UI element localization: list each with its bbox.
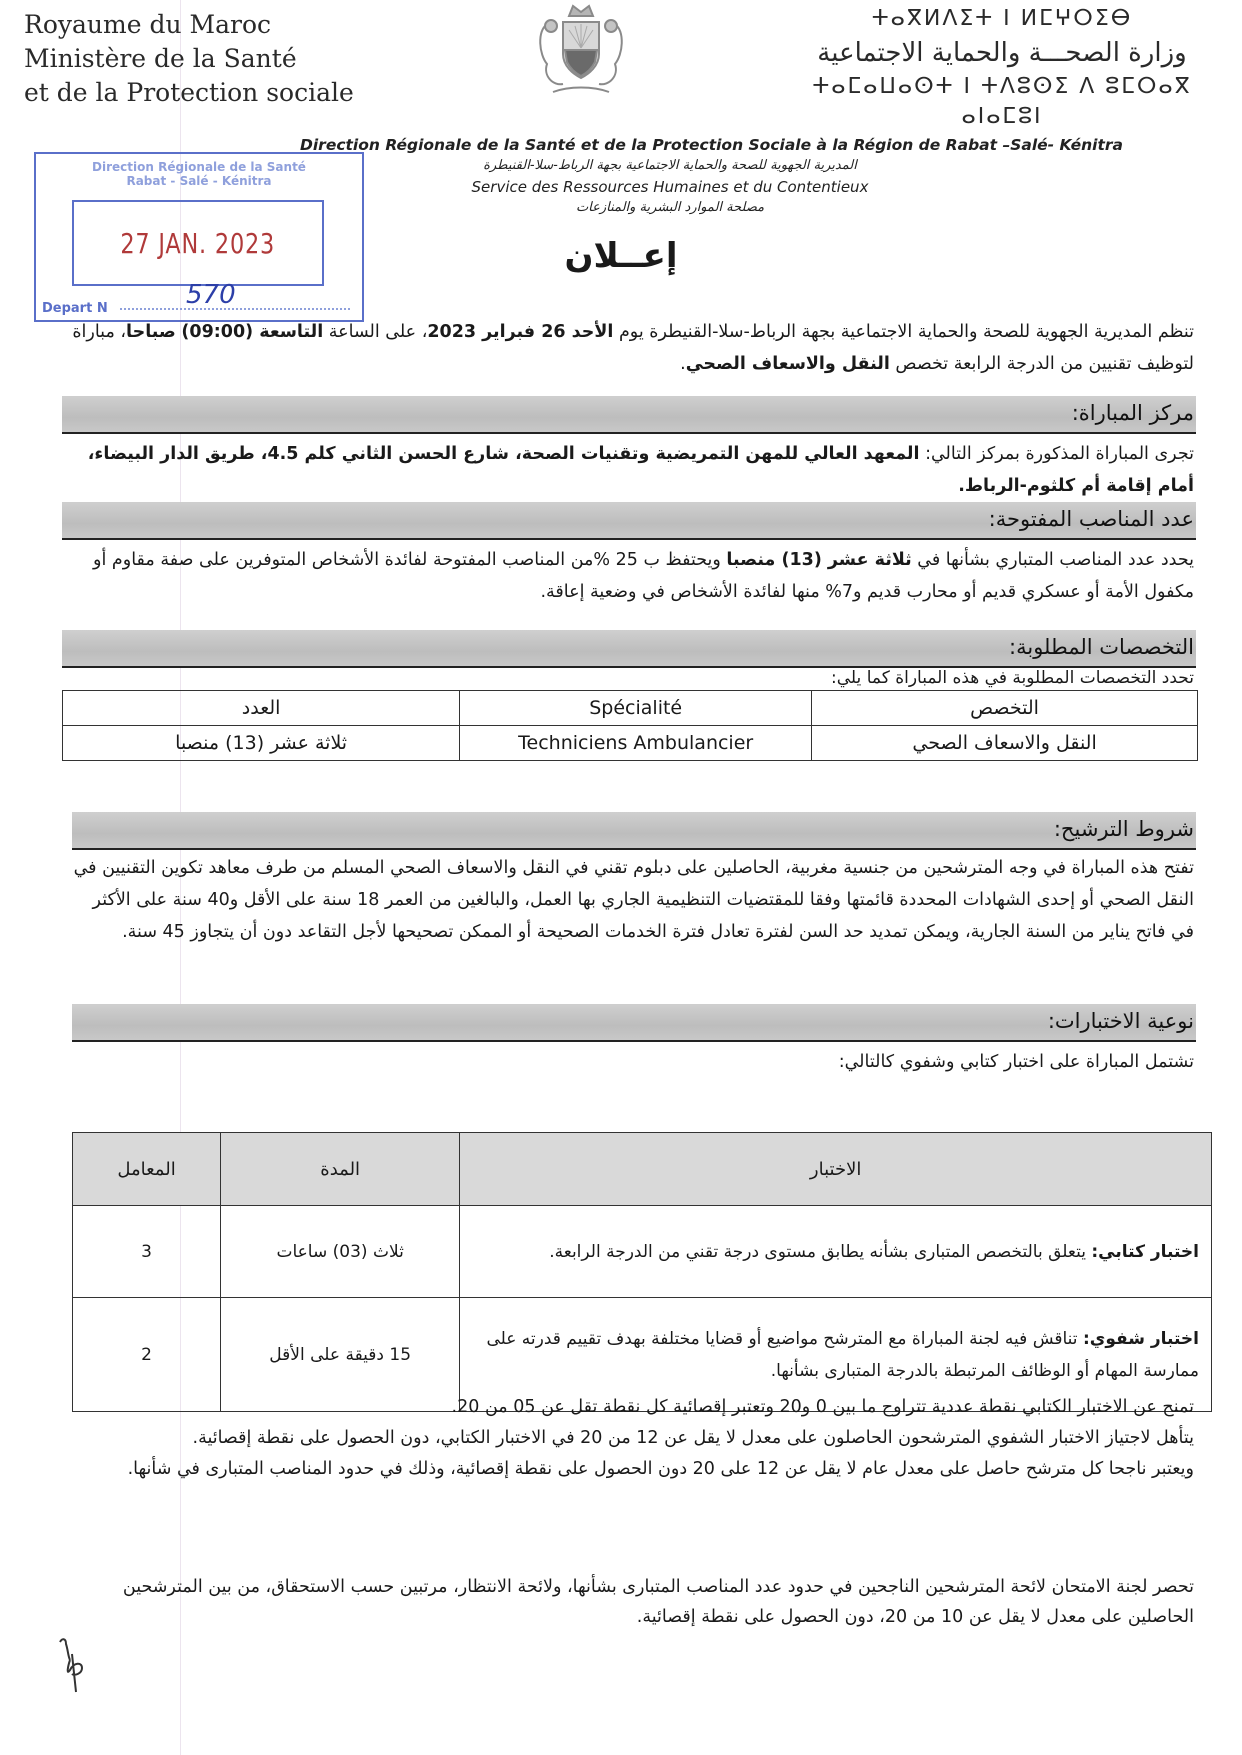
section-heading-posts: عدد المناصب المفتوحة: (62, 502, 1196, 540)
tests-table: الاختبار المدة المعامل اختبار كتابي: يتع… (72, 1132, 1212, 1412)
table-header-cell: المعامل (73, 1133, 221, 1206)
conditions-paragraph: تفتح هذه المباراة في وجه المترشحين من جن… (68, 852, 1194, 948)
rule-paragraph: يتأهل لاجتياز الاختبار الشفوي المترشحون … (72, 1423, 1194, 1454)
heading-text: شروط الترشيح: (1054, 813, 1194, 845)
final-paragraph: تحصر لجنة الامتحان لائحة المترشحين الناج… (72, 1572, 1194, 1632)
table-header-row: الاختبار المدة المعامل (73, 1133, 1212, 1206)
table-cell: النقل والاسعاف الصحي (812, 726, 1198, 761)
specialties-table: التخصص Spécialité العدد النقل والاسعاف ا… (62, 690, 1198, 761)
test-label: اختبار شفوي: (1083, 1329, 1199, 1349)
intro-morning: صباحا (126, 322, 176, 342)
table-cell-duration: ثلاث (03) ساعات (221, 1206, 460, 1298)
header-french-line: et de la Protection sociale (24, 76, 354, 110)
rule-paragraph: تمنح عن الاختبار الكتابي نقطة عددية تترا… (72, 1392, 1194, 1423)
center-text: تجرى المباراة المذكورة بمركز التالي: (920, 444, 1194, 464)
header-tifinagh-line2: ⵜⴰⵎⴰⵡⴰⵙⵜ ⵏ ⵜⴷⵓⵙⵉ ⴷ ⵓⵎⵔⴰⴳ ⴰⵏⴰⵎⵓⵏ (792, 72, 1212, 132)
test-label: اختبار كتابي: (1091, 1242, 1199, 1262)
rule-paragraph: ويعتبر ناجحا كل مترشح حاصل على معدل عام … (72, 1454, 1194, 1485)
direction-french: Direction Régionale de la Santé et de la… (300, 134, 1040, 156)
table-header-cell: Spécialité (460, 691, 812, 726)
section-heading-conditions: شروط الترشيح: (72, 812, 1196, 850)
intro-specialty: النقل والاسعاف الصحي (686, 354, 890, 374)
stamp-depart-label: Depart N (42, 301, 108, 316)
posts-text: يحدد عدد المناصب المتباري بشأنها في (912, 550, 1194, 570)
table-cell: ثلاثة عشر (13) منصبا (63, 726, 460, 761)
stamp-depart-number: 570 (186, 280, 236, 310)
section-heading-tests: نوعية الاختبارات: (72, 1004, 1196, 1042)
service-arabic: مصلحة الموارد البشرية والمنازعات (300, 198, 1040, 218)
header-arabic-ministry: وزارة الصحـــة والحماية الاجتماعية (792, 34, 1212, 72)
table-row: اختبار كتابي: يتعلق بالتخصص المتبارى بشأ… (73, 1206, 1212, 1298)
direction-block: Direction Régionale de la Santé et de la… (300, 134, 1040, 218)
table-cell-test: اختبار كتابي: يتعلق بالتخصص المتبارى بشأ… (460, 1206, 1212, 1298)
table-row: النقل والاسعاف الصحي Techniciens Ambulan… (63, 726, 1198, 761)
section-heading-center: مركز المباراة: (62, 396, 1196, 434)
header-french-line: Royaume du Maroc (24, 8, 354, 42)
posts-count: ثلاثة عشر (13) منصبا (726, 550, 911, 570)
direction-arabic: المديرية الجهوية للصحة والحماية الاجتماع… (300, 156, 1040, 176)
heading-text: مركز المباراة: (1072, 397, 1194, 429)
table-header-row: التخصص Spécialité العدد (63, 691, 1198, 726)
table-cell-coefficient: 3 (73, 1206, 221, 1298)
posts-paragraph: يحدد عدد المناصب المتباري بشأنها في ثلاث… (62, 544, 1194, 608)
table-header-cell: الاختبار (460, 1133, 1212, 1206)
table-header-cell: المدة (221, 1133, 460, 1206)
coat-of-arms-icon (533, 2, 629, 100)
header-french: Royaume du Maroc Ministère de la Santé e… (24, 8, 354, 110)
rules-block: تمنح عن الاختبار الكتابي نقطة عددية تترا… (72, 1392, 1194, 1485)
intro-text: تنظم المديرية الجهوية للصحة والحماية الا… (613, 322, 1194, 342)
test-desc: يتعلق بالتخصص المتبارى بشأنه يطابق مستوى… (549, 1242, 1091, 1262)
table-header-cell: التخصص (812, 691, 1198, 726)
intro-time: التاسعة (09:00) (181, 322, 323, 342)
signature-icon (58, 1636, 94, 1696)
service-french: Service des Ressources Humaines et du Co… (300, 176, 1040, 198)
heading-text: عدد المناصب المفتوحة: (989, 503, 1194, 535)
tests-intro: تشتمل المباراة على اختبار كتابي وشفوي كا… (72, 1046, 1194, 1078)
header-arabic: ⵜⴰⴳⵍⴷⵉⵜ ⵏ ⵍⵎⵖⵔⵉⴱ وزارة الصحـــة والحماية… (792, 4, 1212, 132)
intro-date: الأحد 26 فبراير 2023 (427, 322, 613, 342)
heading-text: نوعية الاختبارات: (1048, 1005, 1194, 1037)
intro-paragraph: تنظم المديرية الجهوية للصحة والحماية الا… (62, 316, 1194, 380)
center-paragraph: تجرى المباراة المذكورة بمركز التالي: الم… (62, 438, 1194, 502)
heading-text: التخصصات المطلوبة: (1009, 631, 1194, 663)
header-tifinagh-line1: ⵜⴰⴳⵍⴷⵉⵜ ⵏ ⵍⵎⵖⵔⵉⴱ (792, 4, 1212, 34)
header-french-line: Ministère de la Santé (24, 42, 354, 76)
page-title: إعــلان (0, 236, 1242, 276)
table-header-cell: العدد (63, 691, 460, 726)
intro-text: ، على الساعة (323, 322, 427, 342)
table-cell: Techniciens Ambulancier (460, 726, 812, 761)
